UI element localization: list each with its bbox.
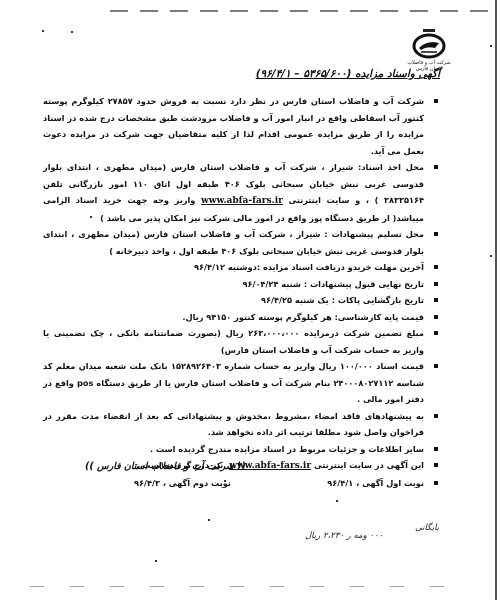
issuing-organization: (( شرکت آب و فاضلاب استان فارس )) xyxy=(85,461,246,472)
bullet-icon xyxy=(434,232,438,236)
bullet-icon xyxy=(434,282,438,286)
bullet-icon xyxy=(434,331,438,335)
item-text: سایر اطلاعات و جزئیات مربوط در اسناد مزا… xyxy=(150,444,424,454)
scan-speck xyxy=(336,500,338,502)
scan-speck xyxy=(490,45,492,47)
scan-artifact-top xyxy=(110,10,490,12)
scan-speck xyxy=(208,519,210,521)
bullet-icon xyxy=(434,463,438,467)
list-item: به پیشنهادهای فاقد امضاء ،مشروط ،مخدوش و… xyxy=(43,408,438,441)
item-text: تاریخ بازگشایی پاکات : یک شنبه ۹۶/۴/۲۵ xyxy=(261,295,424,305)
bullet-icon xyxy=(434,315,438,319)
handwritten-note: ۰۰۰ ومه ر ۲،۲۳۰ ریال xyxy=(305,531,383,541)
handwritten-signature: بایگانی xyxy=(415,523,439,533)
list-item: سایر اطلاعات و جزئیات مربوط در اسناد مزا… xyxy=(43,441,438,458)
item-text: محل تسلیم پیشنهادات : شیراز ، شرکت آب و … xyxy=(43,229,424,256)
list-item: تاریخ بازگشایی پاکات : یک شنبه ۹۶/۴/۲۵ xyxy=(43,292,438,309)
company-logo-icon xyxy=(411,28,447,64)
list-item: آخرین مهلت خریدو دریافت اسناد مزایده :دو… xyxy=(43,259,438,276)
scan-artifact-bottom xyxy=(30,586,470,587)
item-text: آخرین مهلت خریدو دریافت اسناد مزایده :دو… xyxy=(194,262,424,272)
scan-speck xyxy=(155,560,157,562)
second-publication-date: نوبت دوم آگهی ، ۹۶/۴/۳ xyxy=(134,475,231,492)
bullet-icon xyxy=(434,165,438,169)
scan-speck xyxy=(71,31,73,33)
item-text: تاریخ نهایی قبول پیشنهادات : شنبه ۹۶/۰۴/… xyxy=(242,279,424,289)
item-text: قیمت پایه کارشناسی: هر کیلوگرم پوسته کنت… xyxy=(182,312,424,322)
bullet-icon xyxy=(434,481,438,485)
item-text: مبلغ تضمین شرکت درمزایده ۲۶۳،۰۰۰،۰۰۰ ریا… xyxy=(43,328,424,355)
scan-speck xyxy=(490,255,492,257)
item-text: این آگهی در سایت اینترنتی xyxy=(314,460,424,470)
bullet-icon xyxy=(434,364,438,368)
list-item: قیمت اسناد ۱۰۰/۰۰۰ ریال واریز به حساب شم… xyxy=(43,358,438,408)
bullet-icon xyxy=(434,265,438,269)
page-edge-border xyxy=(495,0,497,600)
list-item: محل تسلیم پیشنهادات : شیراز ، شرکت آب و … xyxy=(43,226,438,259)
list-item: قیمت پایه کارشناسی: هر کیلوگرم پوسته کنت… xyxy=(43,309,438,326)
list-item: تاریخ نهایی قبول پیشنهادات : شنبه ۹۶/۰۴/… xyxy=(43,276,438,293)
item-text: به پیشنهادهای فاقد امضاء ،مشروط ،مخدوش و… xyxy=(43,411,424,438)
document-title: آگهی واسناد مزایده (۵۳۶۵/۶۰۰ – ۹۶/۴/۱) xyxy=(256,68,440,80)
bullet-icon xyxy=(434,447,438,451)
bullet-icon xyxy=(434,99,438,103)
bullet-icon xyxy=(434,414,438,418)
website-link[interactable]: www.abfa-fars.ir xyxy=(201,196,283,206)
first-publication-date: نوبت اول آگهی ، ۹۶/۴/۱ xyxy=(327,475,424,492)
scan-speck xyxy=(90,216,92,218)
bullet-icon xyxy=(434,298,438,302)
list-item: شرکت آب و فاضلاب استان فارس در نظر دارد … xyxy=(43,93,438,159)
scanned-document-page: شرکت آب و فاضلاب استان فارس آگهی واسناد … xyxy=(0,0,500,600)
list-item: مبلغ تضمین شرکت درمزایده ۲۶۳،۰۰۰،۰۰۰ ریا… xyxy=(43,325,438,358)
announcement-list: شرکت آب و فاضلاب استان فارس در نظر دارد … xyxy=(43,93,438,491)
item-text: قیمت اسناد ۱۰۰/۰۰۰ ریال واریز به حساب شم… xyxy=(43,361,424,404)
list-item: محل اخذ اسناد: شیراز ، شرکت آب و فاضلاب … xyxy=(43,159,438,226)
scan-speck xyxy=(42,30,44,32)
item-text: شرکت آب و فاضلاب استان فارس در نظر دارد … xyxy=(43,96,424,156)
list-item-publication-turns: نوبت اول آگهی ، ۹۶/۴/۱ نوبت دوم آگهی ، ۹… xyxy=(43,475,438,492)
scan-speck xyxy=(224,480,226,482)
